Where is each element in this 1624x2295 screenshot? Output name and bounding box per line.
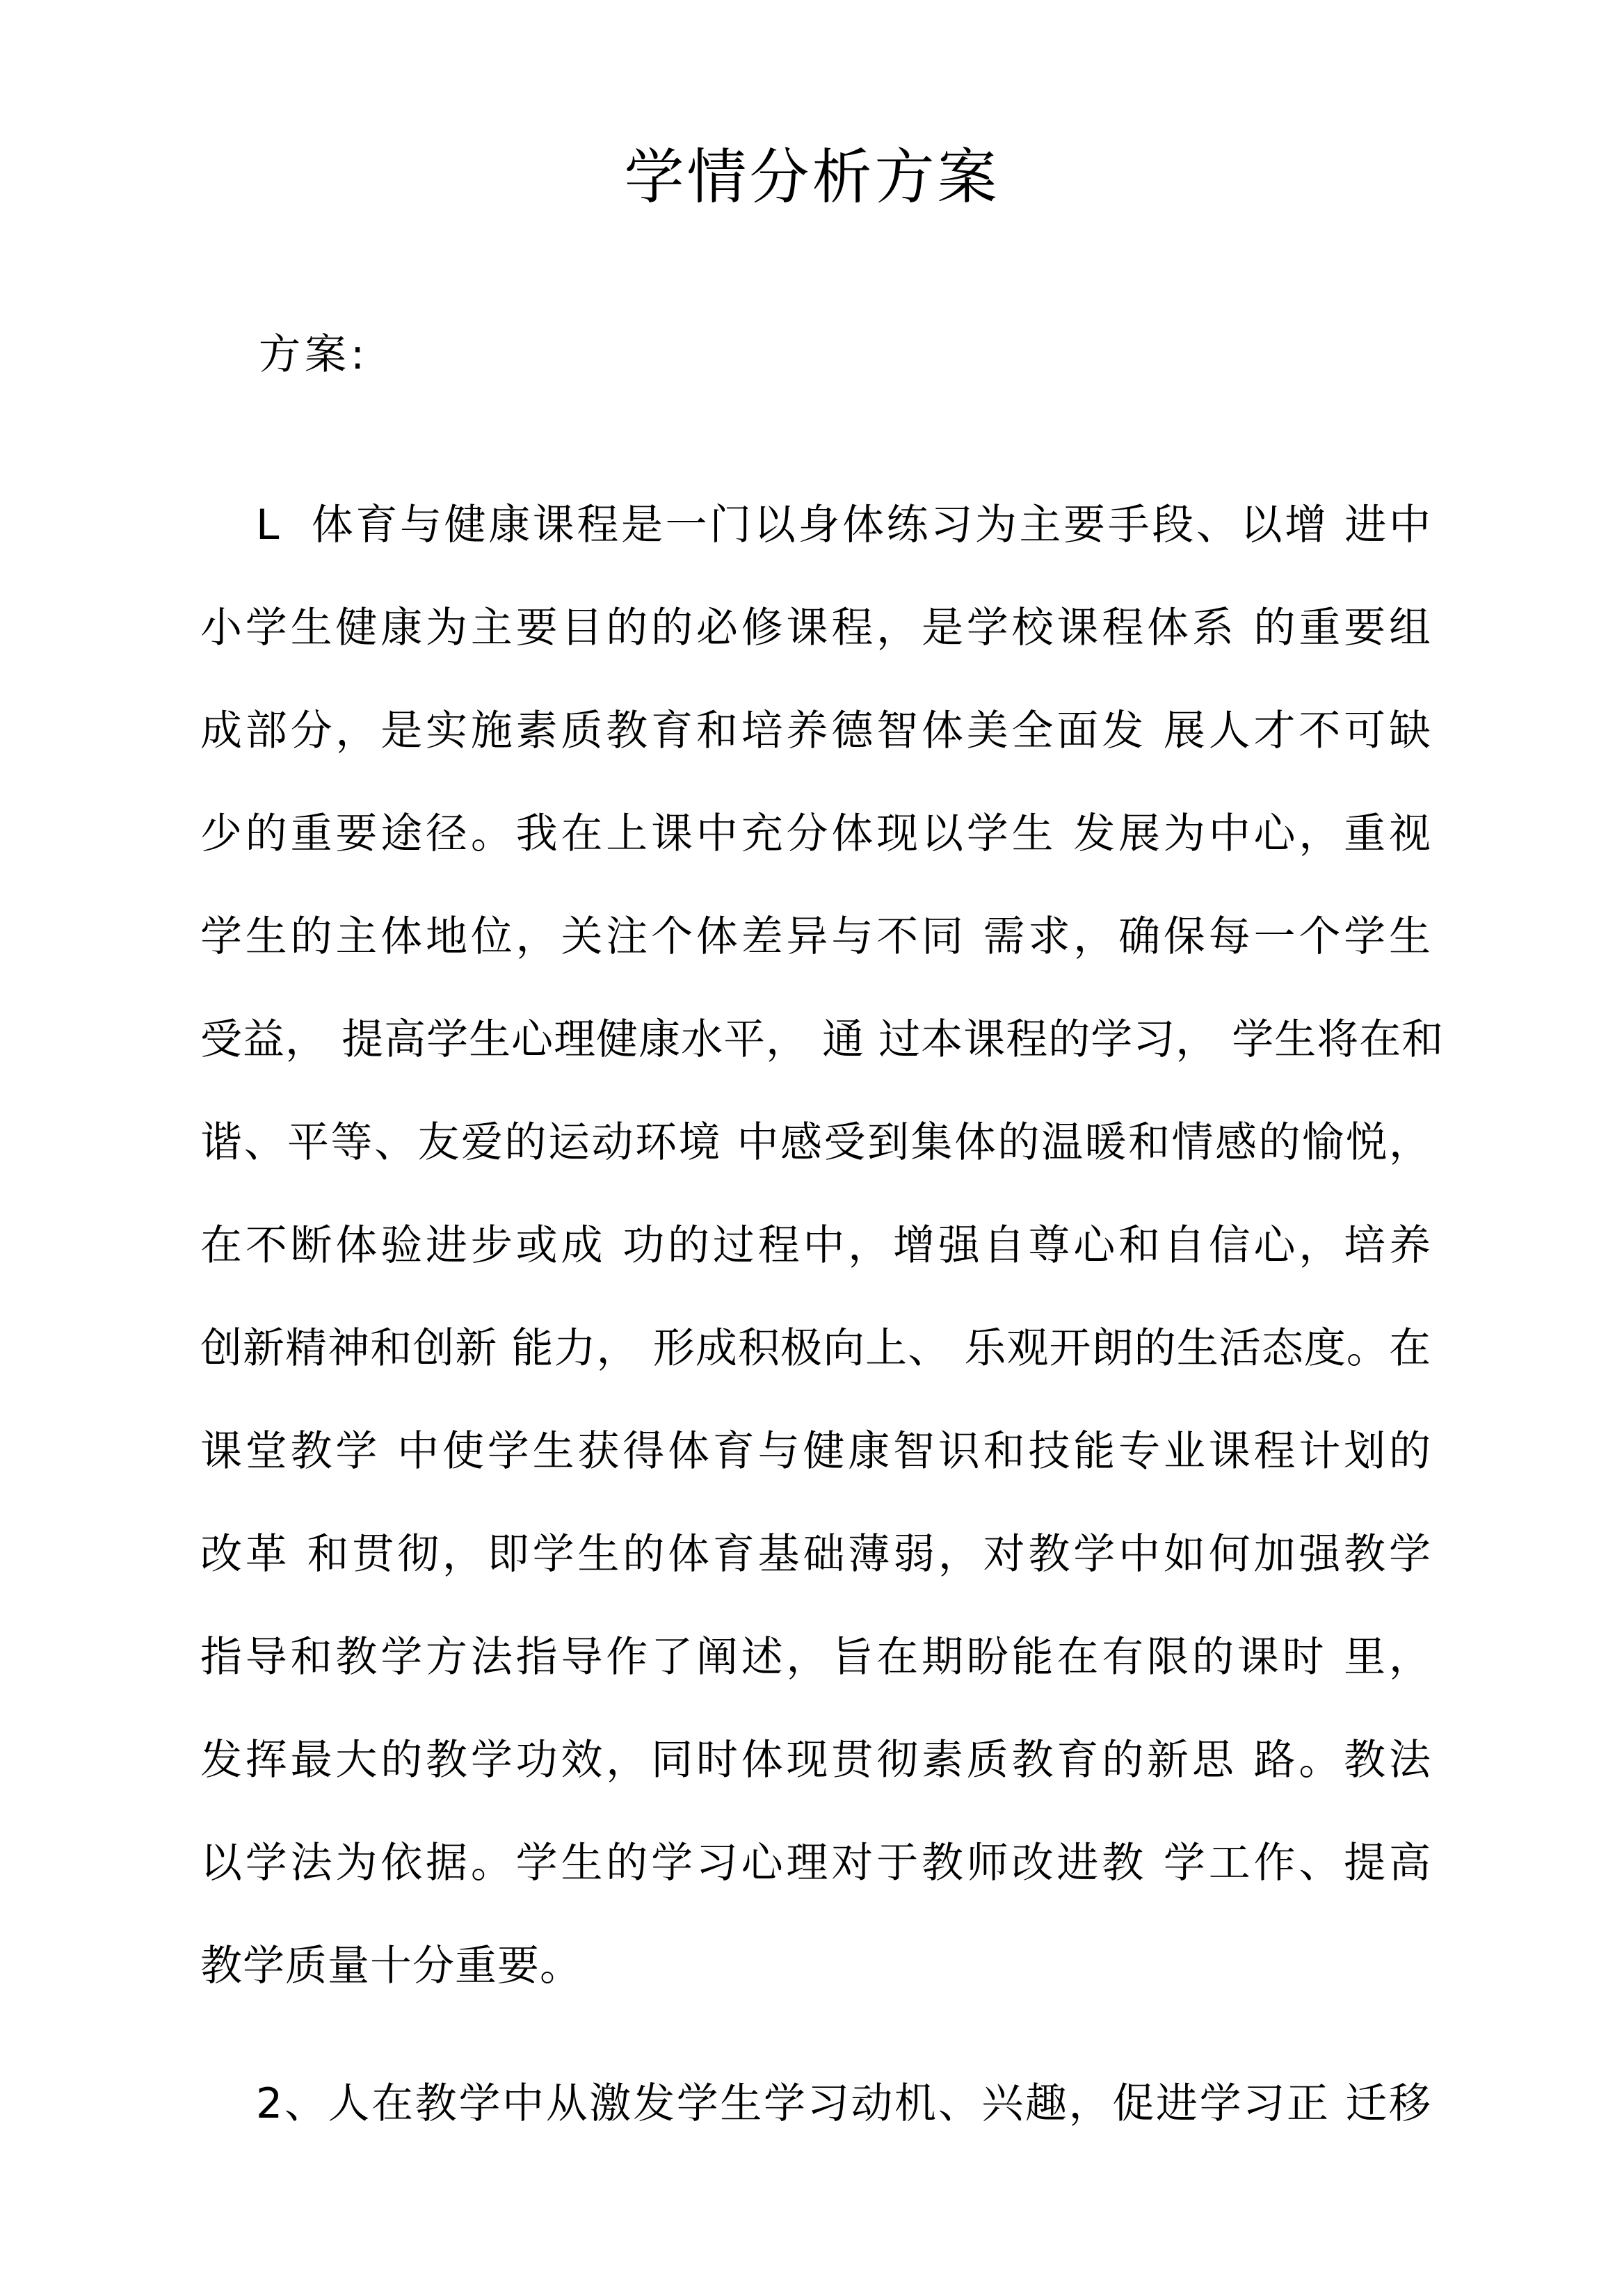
text-line: 小学生健康为主要目的的必修课程，是学校课程体系 的重要组 xyxy=(200,600,1431,656)
text-line: 创新精神和创新 能力， 形成积极向上、 乐观开朗的生活态度。在 xyxy=(200,1321,1431,1376)
section-label: 方案: xyxy=(259,327,369,382)
text-line: 在不断体验进步或成 功的过程中，增强自尊心和自信心，培养 xyxy=(200,1218,1431,1273)
text-line: 谐、平等、友爱的运动环境 中感受到集体的温暖和情感的愉悦， xyxy=(200,1115,1431,1170)
text-line: 2、人在教学中从激发学生学习动机、兴趣，促进学习正 迁移 xyxy=(256,2076,1431,2132)
text-line: 受益， 提高学生心理健康水平， 通 过本课程的学习， 学生将在和 xyxy=(200,1012,1431,1068)
text-line: 学生的主体地位，关注个体差异与不同 需求，确保每一个学生 xyxy=(200,909,1431,965)
text-line: 指导和教学方法指导作了阐述，旨在期盼能在有限的课时 里， xyxy=(200,1629,1431,1685)
text-line: 发挥最大的教学功效，同时体现贯彻素质教育的新思 路。教法 xyxy=(200,1732,1431,1788)
text-line: 改革 和贯彻，即学生的体育基础薄弱，对教学中如何加强教学 xyxy=(200,1527,1431,1582)
text-line: 以学法为依据。学生的学习心理对于教师改进教 学工作、提高 xyxy=(200,1835,1431,1891)
text-line: 成部分，是实施素质教育和培养德智体美全面发 展人才不可缺 xyxy=(200,703,1431,759)
text-line: 少的重要途径。我在上课中充分体现以学生 发展为中心，重视 xyxy=(200,806,1431,862)
document-title: 学情分析方案 xyxy=(0,139,1624,216)
text-line: 课堂教学 中使学生获得体育与健康智识和技能专业课程计划的 xyxy=(200,1424,1431,1479)
document-page: 学情分析方案 方案: L 体育与健康课程是一门以身体练习为主要手段、以增 进中 … xyxy=(0,0,1624,2295)
text-line: L 体育与健康课程是一门以身体练习为主要手段、以增 进中 xyxy=(256,497,1431,553)
text-line: 教学质量十分重要。 xyxy=(200,1938,1431,1994)
